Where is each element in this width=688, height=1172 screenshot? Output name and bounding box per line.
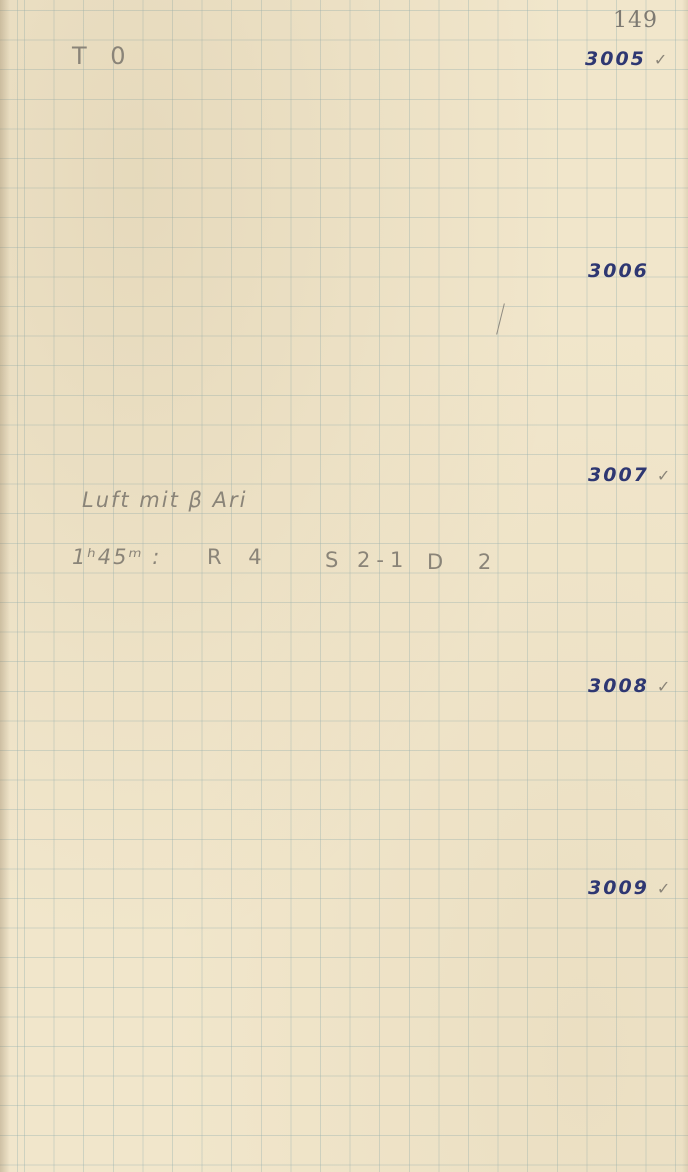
- check-mark-icon: ✓: [654, 50, 667, 69]
- header-note: T 0: [72, 42, 134, 70]
- entry-number: 3008: [588, 675, 649, 697]
- entry-number: 3006: [588, 260, 649, 282]
- entry-3009: 3009✓: [588, 877, 670, 899]
- note-line-2-time: 1ʰ45ᵐ :: [72, 545, 161, 569]
- entry-3008: 3008✓: [588, 675, 670, 697]
- entry-number: 3009: [588, 877, 649, 899]
- check-mark-icon: ✓: [657, 879, 670, 898]
- entry-3007: 3007✓: [588, 464, 670, 486]
- folio-number: 149: [613, 8, 658, 33]
- check-mark-icon: ✓: [657, 466, 670, 485]
- note-line-2-r: R 4: [207, 545, 272, 569]
- entry-3006: 3006: [588, 260, 657, 282]
- entry-number: 3005: [585, 48, 646, 70]
- stray-pencil-mark: [496, 303, 505, 334]
- entry-3005: 3005✓: [585, 48, 667, 70]
- entry-number: 3007: [588, 464, 649, 486]
- note-line-1: Luft mit β Ari: [82, 488, 247, 512]
- note-line-2-d: D 2: [427, 550, 505, 574]
- check-mark-icon: ✓: [657, 677, 670, 696]
- notebook-page: 149 T 0 3005✓ 3006 3007✓ 3008✓ 3009✓ Luf…: [0, 0, 688, 1172]
- note-line-2-s: S 2-1: [325, 548, 409, 572]
